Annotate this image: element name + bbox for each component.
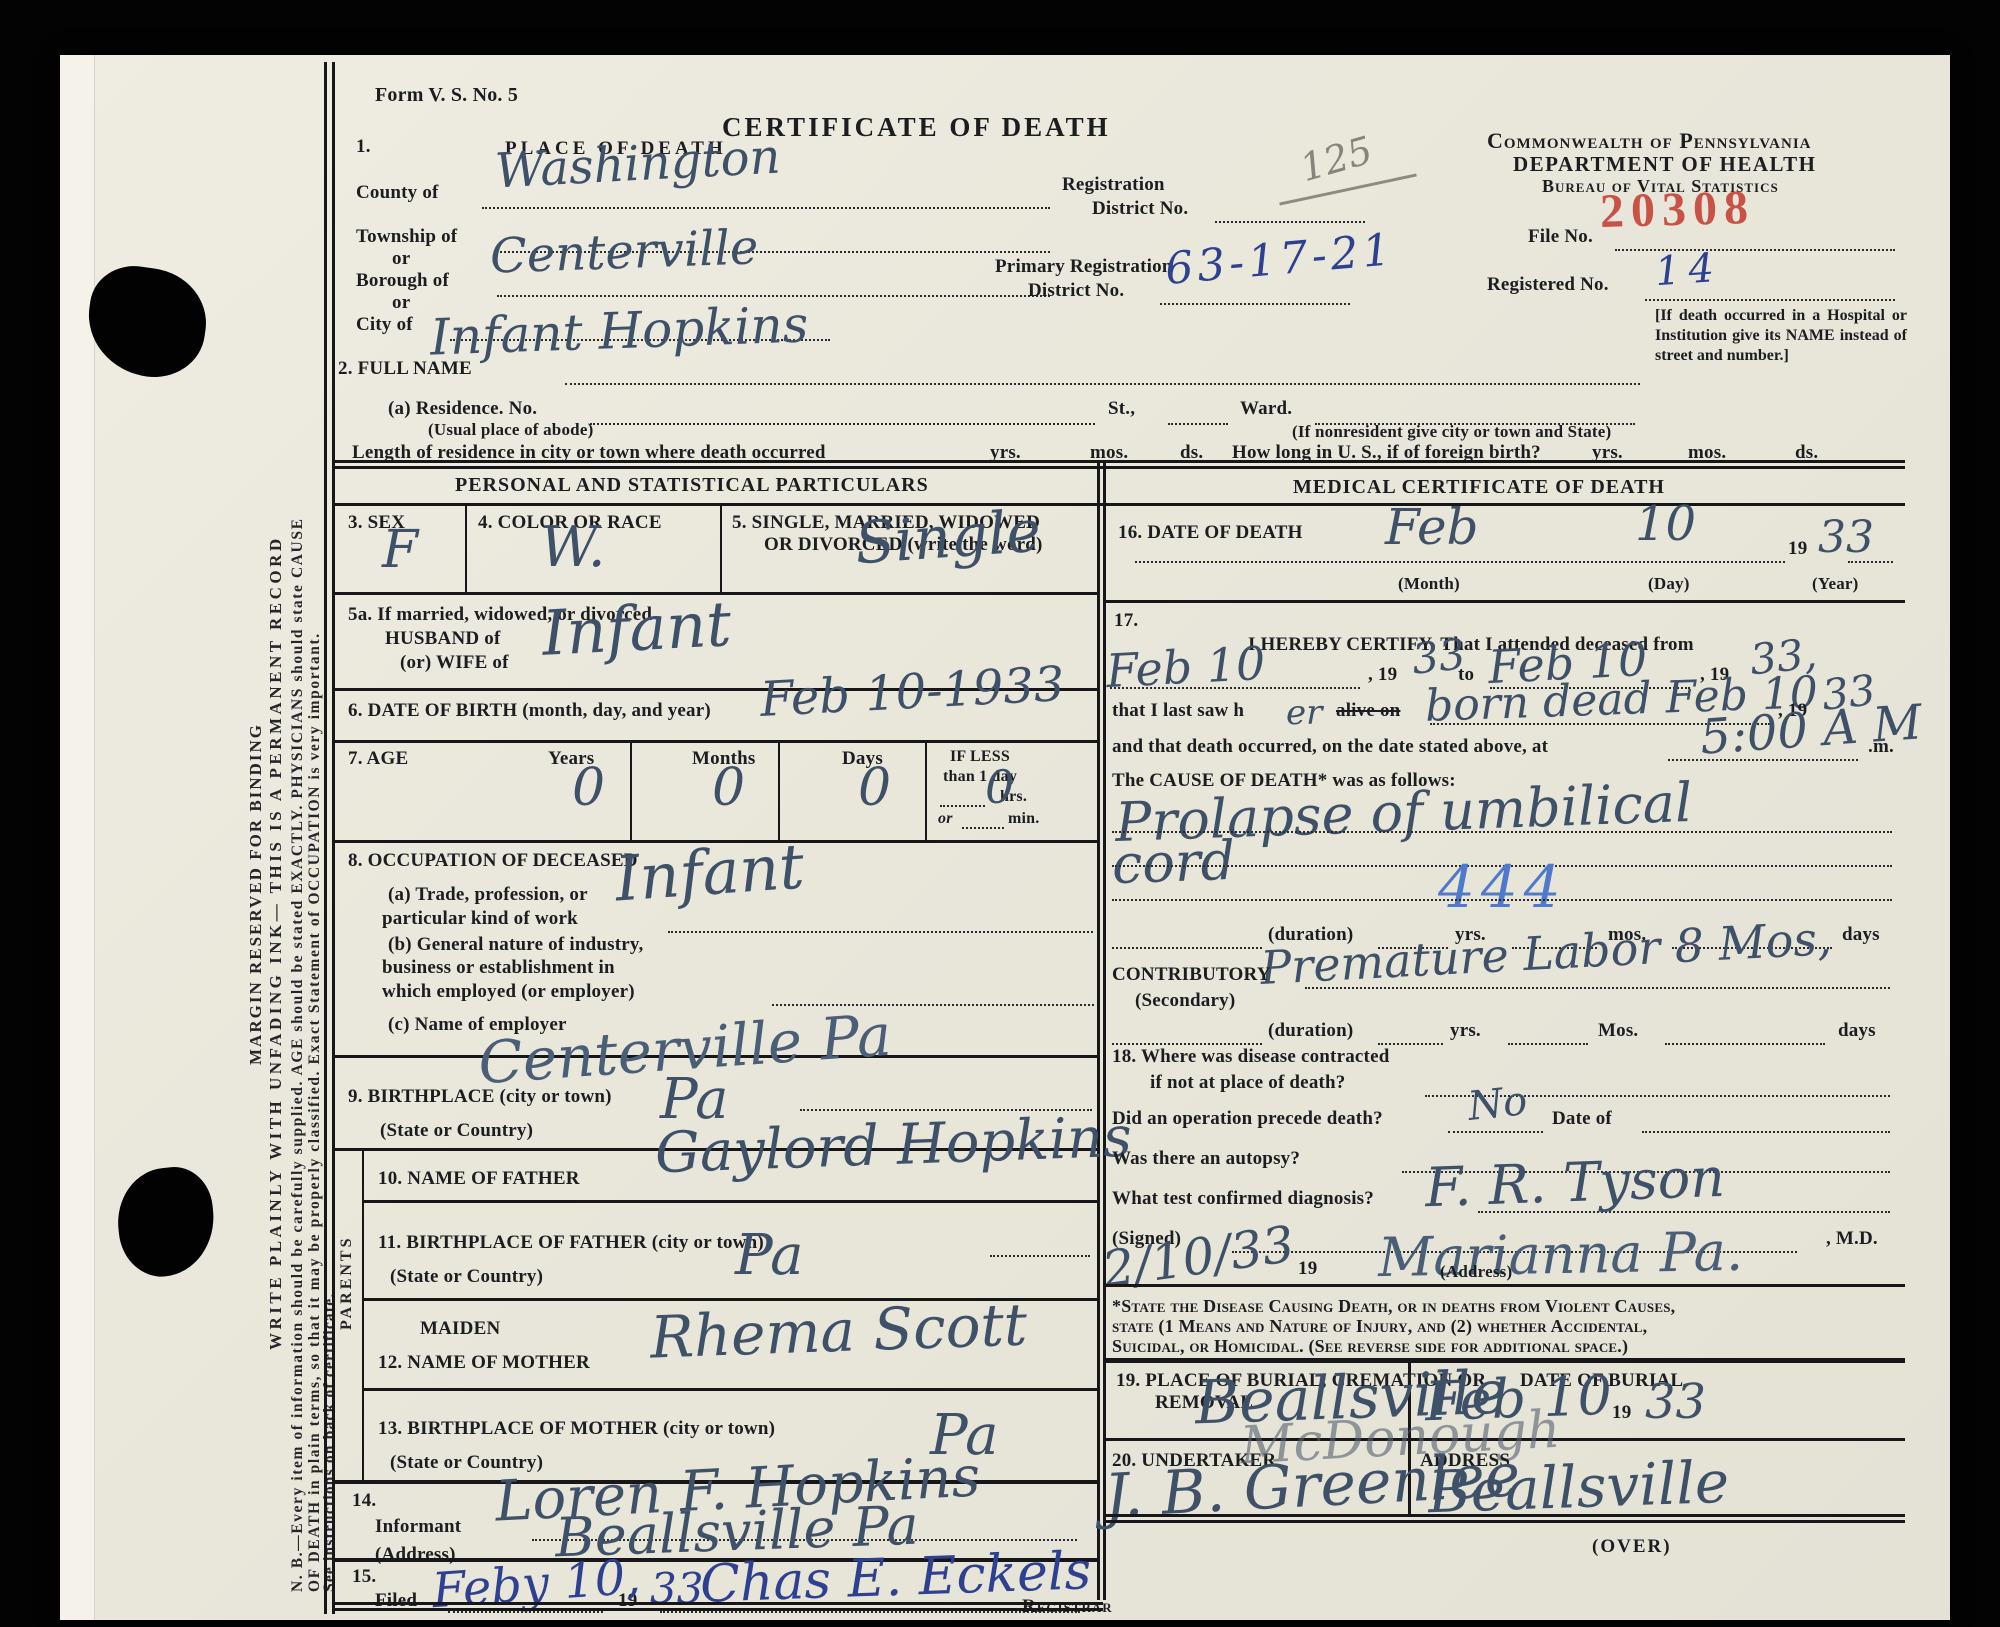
column-divider-left: [1097, 460, 1100, 1600]
bottom-rule-1: [333, 1602, 1103, 1605]
death-time-m: .m.: [1868, 736, 1894, 758]
undertaker-address-value: Beallsville: [1427, 1453, 1730, 1521]
mother-name-value: Rhema Scott: [649, 1295, 1028, 1366]
duration2-dots-a: [1112, 1040, 1262, 1045]
or-min-label: or: [938, 810, 953, 828]
margin-note-nb-line1: N. B.—Every item of information should b…: [289, 517, 307, 1592]
column-divider-right: [1103, 460, 1106, 1600]
duration1-days: days: [1842, 924, 1880, 946]
occupation-a-line1: (a) Trade, profession, or: [388, 884, 588, 906]
month-caption: (Month): [1398, 574, 1460, 594]
occupation-a-line2: particular kind of work: [382, 908, 578, 930]
father-birthplace-state-label: (State or Country): [390, 1266, 543, 1288]
marital-value: Single: [853, 502, 1042, 573]
primary-reg-dots: [1160, 300, 1350, 305]
file-number-stamp: 20308: [1599, 180, 1755, 239]
death-certificate-scan: MARGIN RESERVED FOR BINDING WRITE PLAINL…: [0, 0, 2000, 1627]
divider-rule-top2: [333, 466, 1905, 469]
sex-value: F: [382, 524, 418, 576]
last-saw-label: that I last saw h: [1112, 700, 1244, 722]
certificate-title: CERTIFICATE OF DEATH: [722, 112, 1111, 143]
birthplace-state-label: (State or Country): [380, 1120, 533, 1142]
occupation-b-line1: (b) General nature of industry,: [388, 934, 644, 956]
date-of-death-dots2: [1848, 558, 1893, 563]
section17-number: 17.: [1114, 610, 1138, 632]
burial-date-year: 33: [1645, 1378, 1706, 1426]
section1-number: 1.: [356, 136, 371, 158]
filed-date-value: Feby 10,: [431, 1553, 642, 1615]
occupation-heading: 8. OCCUPATION OF DECEASED: [348, 850, 638, 872]
registered-no-label: Registered No.: [1487, 274, 1609, 296]
hrs-value: 0: [985, 764, 1014, 810]
hrs-dots: [940, 802, 985, 807]
registered-no-value: 14: [1654, 248, 1724, 293]
row16-bottom-rule: [1103, 600, 1905, 603]
signed-19-label: 19: [1298, 1258, 1317, 1280]
age-months-value: 0: [712, 762, 745, 814]
maiden-label: MAIDEN: [420, 1318, 500, 1340]
color-marital-divider: [720, 503, 722, 592]
registrar-label: Registrar: [1022, 1596, 1113, 1618]
registration-dots: [1215, 218, 1365, 223]
age-divider-2: [778, 740, 780, 840]
or-label-1: or: [392, 248, 410, 270]
occupation-value: Infant: [613, 835, 806, 910]
department-line: DEPARTMENT OF HEALTH: [1513, 152, 1816, 177]
or-label-2: or: [392, 292, 410, 314]
q18-line1: 18. Where was disease contracted: [1112, 1046, 1389, 1068]
medical-column-heading: MEDICAL CERTIFICATE OF DEATH: [1293, 476, 1665, 499]
paper-binding-edge: [60, 55, 95, 1620]
dob-label: 6. DATE OF BIRTH (month, day, and year): [348, 700, 711, 722]
operation-dots-2: [1642, 1128, 1890, 1133]
md-label: , M.D.: [1826, 1228, 1878, 1250]
father-name-label: 10. NAME OF FATHER: [378, 1168, 580, 1190]
violent-note-line2: state (1 Means and Nature of Injury, and…: [1112, 1316, 1647, 1337]
duration2-mos: Mos.: [1598, 1020, 1638, 1042]
attended-from-dots: [1110, 684, 1360, 689]
alive-on-struck: alive on: [1336, 700, 1400, 722]
contributory-label: CONTRIBUTORY: [1112, 964, 1271, 986]
borough-value: Centerville: [489, 223, 759, 280]
form-border-outer: [324, 62, 327, 1614]
residence-dots: [590, 420, 1095, 425]
occupation-b-line2: business or establishment in: [382, 957, 615, 979]
violent-note-line1: *State the Disease Causing Death, or in …: [1112, 1296, 1675, 1317]
date-of-death-19: 19: [1788, 538, 1807, 560]
secondary-caption: (Secondary): [1135, 990, 1235, 1012]
age-divider-1: [630, 740, 632, 840]
test-label: What test confirmed diagnosis?: [1112, 1188, 1374, 1210]
file-no-label: File No.: [1528, 226, 1593, 248]
contributory-dots: [1305, 984, 1890, 989]
residence-label: (a) Residence. No.: [388, 398, 537, 420]
sex-color-divider: [465, 503, 467, 592]
duration2-yrs: yrs.: [1450, 1020, 1481, 1042]
signed-address-value: Marianna Pa.: [1378, 1225, 1744, 1285]
primary-reg-label-line2: District No.: [1028, 280, 1124, 302]
year-caption: (Year): [1812, 574, 1859, 594]
street-dots: [1168, 420, 1228, 425]
violent-note-line3: Suicidal, or Homicidal. (See reverse sid…: [1112, 1336, 1628, 1357]
age-days-value: 0: [858, 762, 891, 814]
min-dots: [962, 824, 1004, 829]
row10-bottom-rule: [362, 1200, 1099, 1203]
duration2-dots-d: [1665, 1040, 1825, 1045]
duration2-days: days: [1838, 1020, 1876, 1042]
divider-rule-top1: [333, 460, 1905, 463]
margin-note-write-plainly: WRITE PLAINLY WITH UNFADING INK— THIS IS…: [266, 535, 286, 1350]
row12-bottom-rule: [362, 1388, 1099, 1391]
borough-label: Borough of: [356, 270, 449, 292]
primary-reg-label-line1: Primary Registration: [995, 256, 1173, 278]
physician-signature: F. R. Tyson: [1424, 1151, 1726, 1215]
personal-column-heading: PERSONAL AND STATISTICAL PARTICULARS: [455, 474, 929, 497]
informant-label: Informant: [375, 1516, 461, 1538]
city-label: City of: [356, 314, 413, 336]
county-value: Washington: [494, 133, 782, 196]
age-divider-3: [925, 740, 927, 840]
address-caption: (Address): [1440, 1262, 1512, 1282]
over-label: (OVER): [1592, 1536, 1672, 1558]
registration-label-line1: Registration: [1062, 174, 1165, 196]
date-of-death-day: 10: [1635, 500, 1696, 548]
parents-label: PARENTS: [338, 1236, 356, 1331]
duration2-dots-b: [1378, 1040, 1443, 1045]
county-dots: [482, 204, 1050, 209]
day-caption: (Day): [1648, 574, 1690, 594]
row20-bottom-rule2: [1103, 1520, 1905, 1523]
attended-pre1: , 19: [1368, 664, 1397, 686]
hospital-note: [If death occurred in a Hospital or Inst…: [1655, 306, 1907, 366]
occupation-a-dots: [668, 928, 1093, 933]
signed-bottom-rule: [1103, 1284, 1905, 1287]
father-birthplace-dots: [990, 1252, 1090, 1257]
color-race-value: W.: [540, 520, 606, 576]
father-birthplace-label: 11. BIRTHPLACE OF FATHER (city or town): [378, 1232, 764, 1254]
township-label: Township of: [356, 226, 457, 248]
ward-label: Ward.: [1240, 398, 1292, 420]
date-of-label: Date of: [1552, 1108, 1612, 1130]
birthplace-label: 9. BIRTHPLACE (city or town): [348, 1086, 612, 1108]
date-of-death-dots: [1135, 558, 1785, 563]
burial-date-19: 19: [1612, 1402, 1631, 1424]
county-label: County of: [356, 182, 439, 204]
registration-label-line2: District No.: [1092, 198, 1188, 220]
duration2-label: (duration): [1268, 1020, 1353, 1042]
age-label: 7. AGE: [348, 748, 408, 770]
mother-name-label: 12. NAME OF MOTHER: [378, 1352, 590, 1374]
operation-value: No: [1466, 1081, 1529, 1127]
duration2-dots-c: [1508, 1040, 1588, 1045]
death-occurred-label: and that death occurred, on the date sta…: [1112, 736, 1548, 758]
autopsy-label: Was there an autopsy?: [1112, 1148, 1300, 1170]
full-name-dots: [565, 380, 1640, 385]
date-of-death-year: 33: [1818, 516, 1874, 560]
age-years-value: 0: [572, 762, 605, 814]
row20-bottom-rule1: [1103, 1514, 1905, 1517]
form-border-inner: [332, 62, 335, 1614]
husband-label-line2: HUSBAND of: [385, 628, 500, 650]
operation-dots-1: [1448, 1128, 1543, 1133]
date-of-death-month: Feb: [1385, 502, 1479, 552]
registered-no-dots: [1645, 296, 1895, 301]
full-name-value: Infant Hopkins: [429, 299, 809, 362]
cause-code-value: 444: [1438, 858, 1567, 916]
occupation-b-line3: which employed (or employer): [382, 981, 635, 1003]
abode-caption: (Usual place of abode): [428, 420, 593, 440]
dob-value: Feb 10-1933: [759, 660, 1066, 724]
last-saw-er: er: [1286, 696, 1322, 730]
father-name-value: Gaylord Hopkins: [654, 1110, 1133, 1183]
duration1-dots-a: [1112, 944, 1262, 949]
father-birthplace-value: Pa: [735, 1228, 804, 1284]
full-name-label: 2. FULL NAME: [338, 358, 472, 380]
husband-value: Infant: [541, 593, 733, 665]
husband-label-line3: (or) WIFE of: [400, 652, 509, 674]
parents-cell-divider: [362, 1148, 364, 1480]
bottom-rule-2: [333, 1608, 1103, 1611]
informant-section-number: 14.: [352, 1490, 376, 1512]
commonwealth-line: Commonwealth of Pennsylvania: [1487, 128, 1811, 154]
row6-bottom-rule: [333, 740, 1099, 743]
street-label: St.,: [1108, 398, 1135, 420]
date-of-death-label: 16. DATE OF DEATH: [1118, 522, 1303, 544]
cause-dots-3: [1112, 896, 1892, 901]
q18-line2: if not at place of death?: [1150, 1072, 1346, 1094]
form-number: Form V. S. No. 5: [375, 84, 518, 107]
margin-note-binding: MARGIN RESERVED FOR BINDING: [246, 723, 266, 1065]
mother-birthplace-label: 13. BIRTHPLACE OF MOTHER (city or town): [378, 1418, 775, 1440]
nonresident-caption: (If nonresident give city or town and St…: [1292, 422, 1611, 442]
operation-label: Did an operation precede death?: [1112, 1108, 1383, 1130]
filed-section-number: 15.: [352, 1566, 376, 1588]
